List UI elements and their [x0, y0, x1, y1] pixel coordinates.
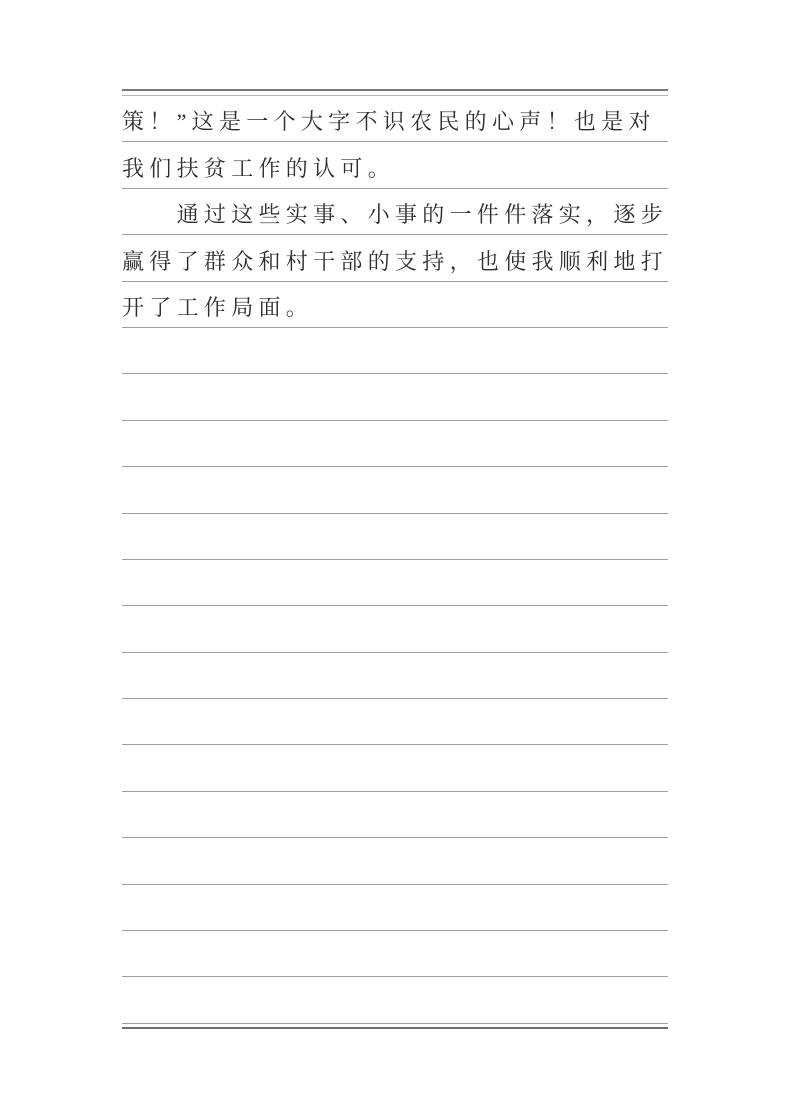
document-page: 策！”这是一个大字不识农民的心声！也是对 我们扶贫工作的认可。 通过这些实事、小…	[0, 0, 790, 1118]
text-line-row: 开了工作局面。	[122, 282, 668, 328]
text-line-row: 我们扶贫工作的认可。	[122, 142, 668, 188]
top-double-border	[122, 89, 668, 96]
empty-ruled-line	[122, 931, 668, 977]
empty-ruled-line	[122, 606, 668, 652]
empty-ruled-line	[122, 838, 668, 884]
empty-ruled-line	[122, 977, 668, 1023]
text-line-row: 通过这些实事、小事的一件件落实，逐步	[122, 189, 668, 235]
empty-ruled-line	[122, 560, 668, 606]
empty-ruled-line	[122, 514, 668, 560]
paragraph-text: 我们扶贫工作的认可。	[122, 158, 395, 188]
empty-ruled-line	[122, 653, 668, 699]
paragraph-text: 赢得了群众和村干部的支持，也使我顺利地打	[122, 251, 668, 281]
text-line-row: 策！”这是一个大字不识农民的心声！也是对	[122, 96, 668, 142]
empty-ruled-line	[122, 885, 668, 931]
empty-ruled-line	[122, 374, 668, 420]
paragraph-text: 策！”这是一个大字不识农民的心声！也是对	[122, 111, 656, 141]
empty-ruled-line	[122, 421, 668, 467]
bottom-double-border	[122, 1027, 668, 1029]
paragraph-text: 开了工作局面。	[122, 297, 313, 327]
text-line-row: 赢得了群众和村干部的支持，也使我顺利地打	[122, 235, 668, 281]
empty-ruled-line	[122, 745, 668, 791]
ruled-writing-area: 策！”这是一个大字不识农民的心声！也是对 我们扶贫工作的认可。 通过这些实事、小…	[122, 89, 668, 1029]
empty-ruled-line	[122, 792, 668, 838]
ruled-rows: 策！”这是一个大字不识农民的心声！也是对 我们扶贫工作的认可。 通过这些实事、小…	[122, 96, 668, 1024]
empty-ruled-line	[122, 699, 668, 745]
empty-ruled-line	[122, 328, 668, 374]
empty-ruled-line	[122, 467, 668, 513]
paragraph-text: 通过这些实事、小事的一件件落实，逐步	[122, 204, 668, 234]
